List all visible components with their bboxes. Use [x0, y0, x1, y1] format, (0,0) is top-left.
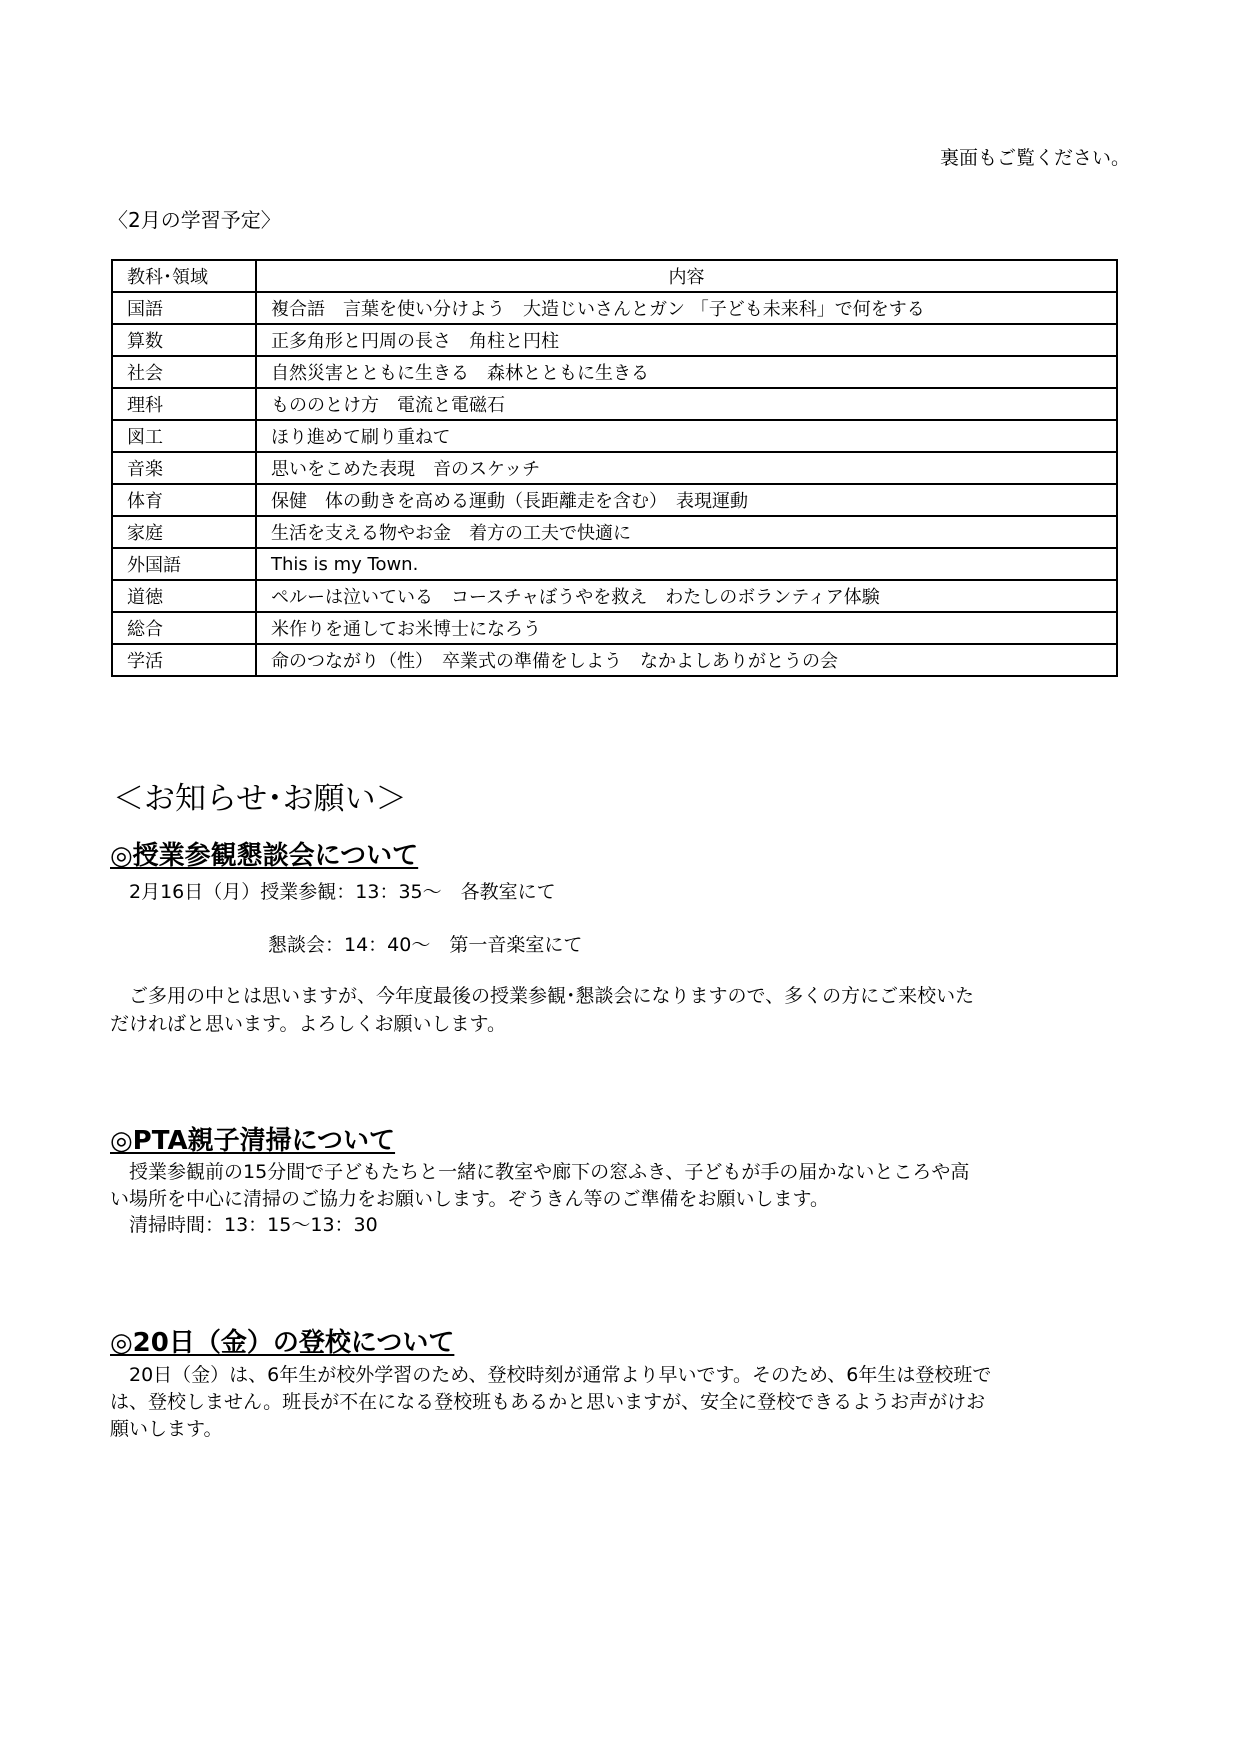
content-cell: 生活を支える物やお金 着方の工夫で快適に	[256, 516, 1117, 548]
table-header-row: 教科･領域 内容	[112, 260, 1117, 292]
section-heading-pta-cleaning: ◎PTA親子清掃について	[110, 1120, 395, 1157]
content-cell: 正多角形と円周の長さ 角柱と円柱	[256, 324, 1117, 356]
subject-cell: 算数	[112, 324, 256, 356]
content-cell: 複合語 言葉を使い分けよう 大造じいさんとガン 「子ども未来科」で何をする	[256, 292, 1117, 324]
content-cell: This is my Town.	[256, 548, 1117, 580]
content-cell: ペルーは泣いている コースチャぼうやを救え わたしのボランティア体験	[256, 580, 1117, 612]
open-class-text-line-2: だければと思います。よろしくお願いします。	[110, 1009, 506, 1036]
table-row: 図工ほり進めて刷り重ねて	[112, 420, 1117, 452]
subject-cell: 家庭	[112, 516, 256, 548]
table-row: 理科もののとけ方 電流と電磁石	[112, 388, 1117, 420]
subject-cell: 理科	[112, 388, 256, 420]
table-row: 算数正多角形と円周の長さ 角柱と円柱	[112, 324, 1117, 356]
subject-cell: 総合	[112, 612, 256, 644]
school-arrival-text-line-1: 20日（金）は、6年生が校外学習のため、登校時刻が通常より早いです。そのため、6…	[110, 1360, 991, 1387]
content-cell: 保健 体の動きを高める運動（長距離走を含む） 表現運動	[256, 484, 1117, 516]
subject-cell: 学活	[112, 644, 256, 676]
content-cell: 命のつながり（性） 卒業式の準備をしよう なかよしありがとうの会	[256, 644, 1117, 676]
section-heading-open-class: ◎授業参観懇談会について	[110, 835, 418, 872]
cleaning-time: 清掃時間：13：15～13：30	[110, 1210, 378, 1237]
subject-cell: 社会	[112, 356, 256, 388]
subject-cell: 図工	[112, 420, 256, 452]
table-row: 学活命のつながり（性） 卒業式の準備をしよう なかよしありがとうの会	[112, 644, 1117, 676]
subject-cell: 外国語	[112, 548, 256, 580]
table-row: 外国語This is my Town.	[112, 548, 1117, 580]
subject-cell: 体育	[112, 484, 256, 516]
notices-title: ＜お知らせ･お願い＞	[113, 773, 407, 818]
content-cell: もののとけ方 電流と電磁石	[256, 388, 1117, 420]
open-class-schedule: 2月16日（月）授業参観：13：35～ 各教室にて	[110, 877, 556, 904]
study-plan-title: 〈2月の学習予定〉	[108, 204, 281, 233]
table-row: 総合米作りを通してお米博士になろう	[112, 612, 1117, 644]
subject-cell: 音楽	[112, 452, 256, 484]
content-cell: 米作りを通してお米博士になろう	[256, 612, 1117, 644]
open-class-text-line-1: ご多用の中とは思いますが、今年度最後の授業参観･懇談会になりますので、多くの方に…	[110, 981, 974, 1008]
column-header-subject: 教科･領域	[112, 260, 256, 292]
pta-cleaning-text-line-1: 授業参観前の15分間で子どもたちと一緒に教室や廊下の窓ふき、子どもが手の届かない…	[110, 1157, 969, 1184]
section-heading-school-arrival: ◎20日（金）の登校について	[110, 1322, 454, 1359]
table-row: 音楽思いをこめた表現 音のスケッチ	[112, 452, 1117, 484]
table-row: 家庭生活を支える物やお金 着方の工夫で快適に	[112, 516, 1117, 548]
subject-cell: 道徳	[112, 580, 256, 612]
content-cell: 思いをこめた表現 音のスケッチ	[256, 452, 1117, 484]
table-row: 社会自然災害とともに生きる 森林とともに生きる	[112, 356, 1117, 388]
content-cell: 自然災害とともに生きる 森林とともに生きる	[256, 356, 1117, 388]
column-header-content: 内容	[256, 260, 1117, 292]
see-reverse-note: 裏面もご覧ください。	[940, 143, 1130, 170]
table-row: 国語複合語 言葉を使い分けよう 大造じいさんとガン 「子ども未来科」で何をする	[112, 292, 1117, 324]
table-row: 道徳ペルーは泣いている コースチャぼうやを救え わたしのボランティア体験	[112, 580, 1117, 612]
table-row: 体育保健 体の動きを高める運動（長距離走を含む） 表現運動	[112, 484, 1117, 516]
school-arrival-text-line-3: 願いします。	[110, 1414, 222, 1441]
study-plan-table: 教科･領域 内容 国語複合語 言葉を使い分けよう 大造じいさんとガン 「子ども未…	[111, 259, 1118, 677]
pta-cleaning-text-line-2: い場所を中心に清掃のご協力をお願いします。ぞうきん等のご準備をお願いします。	[110, 1184, 829, 1211]
school-arrival-text-line-2: は、登校しません。班長が不在になる登校班もあるかと思いますが、安全に登校できるよ…	[110, 1387, 985, 1414]
meeting-schedule: 懇談会：14：40～ 第一音楽室にて	[268, 930, 582, 957]
subject-cell: 国語	[112, 292, 256, 324]
content-cell: ほり進めて刷り重ねて	[256, 420, 1117, 452]
